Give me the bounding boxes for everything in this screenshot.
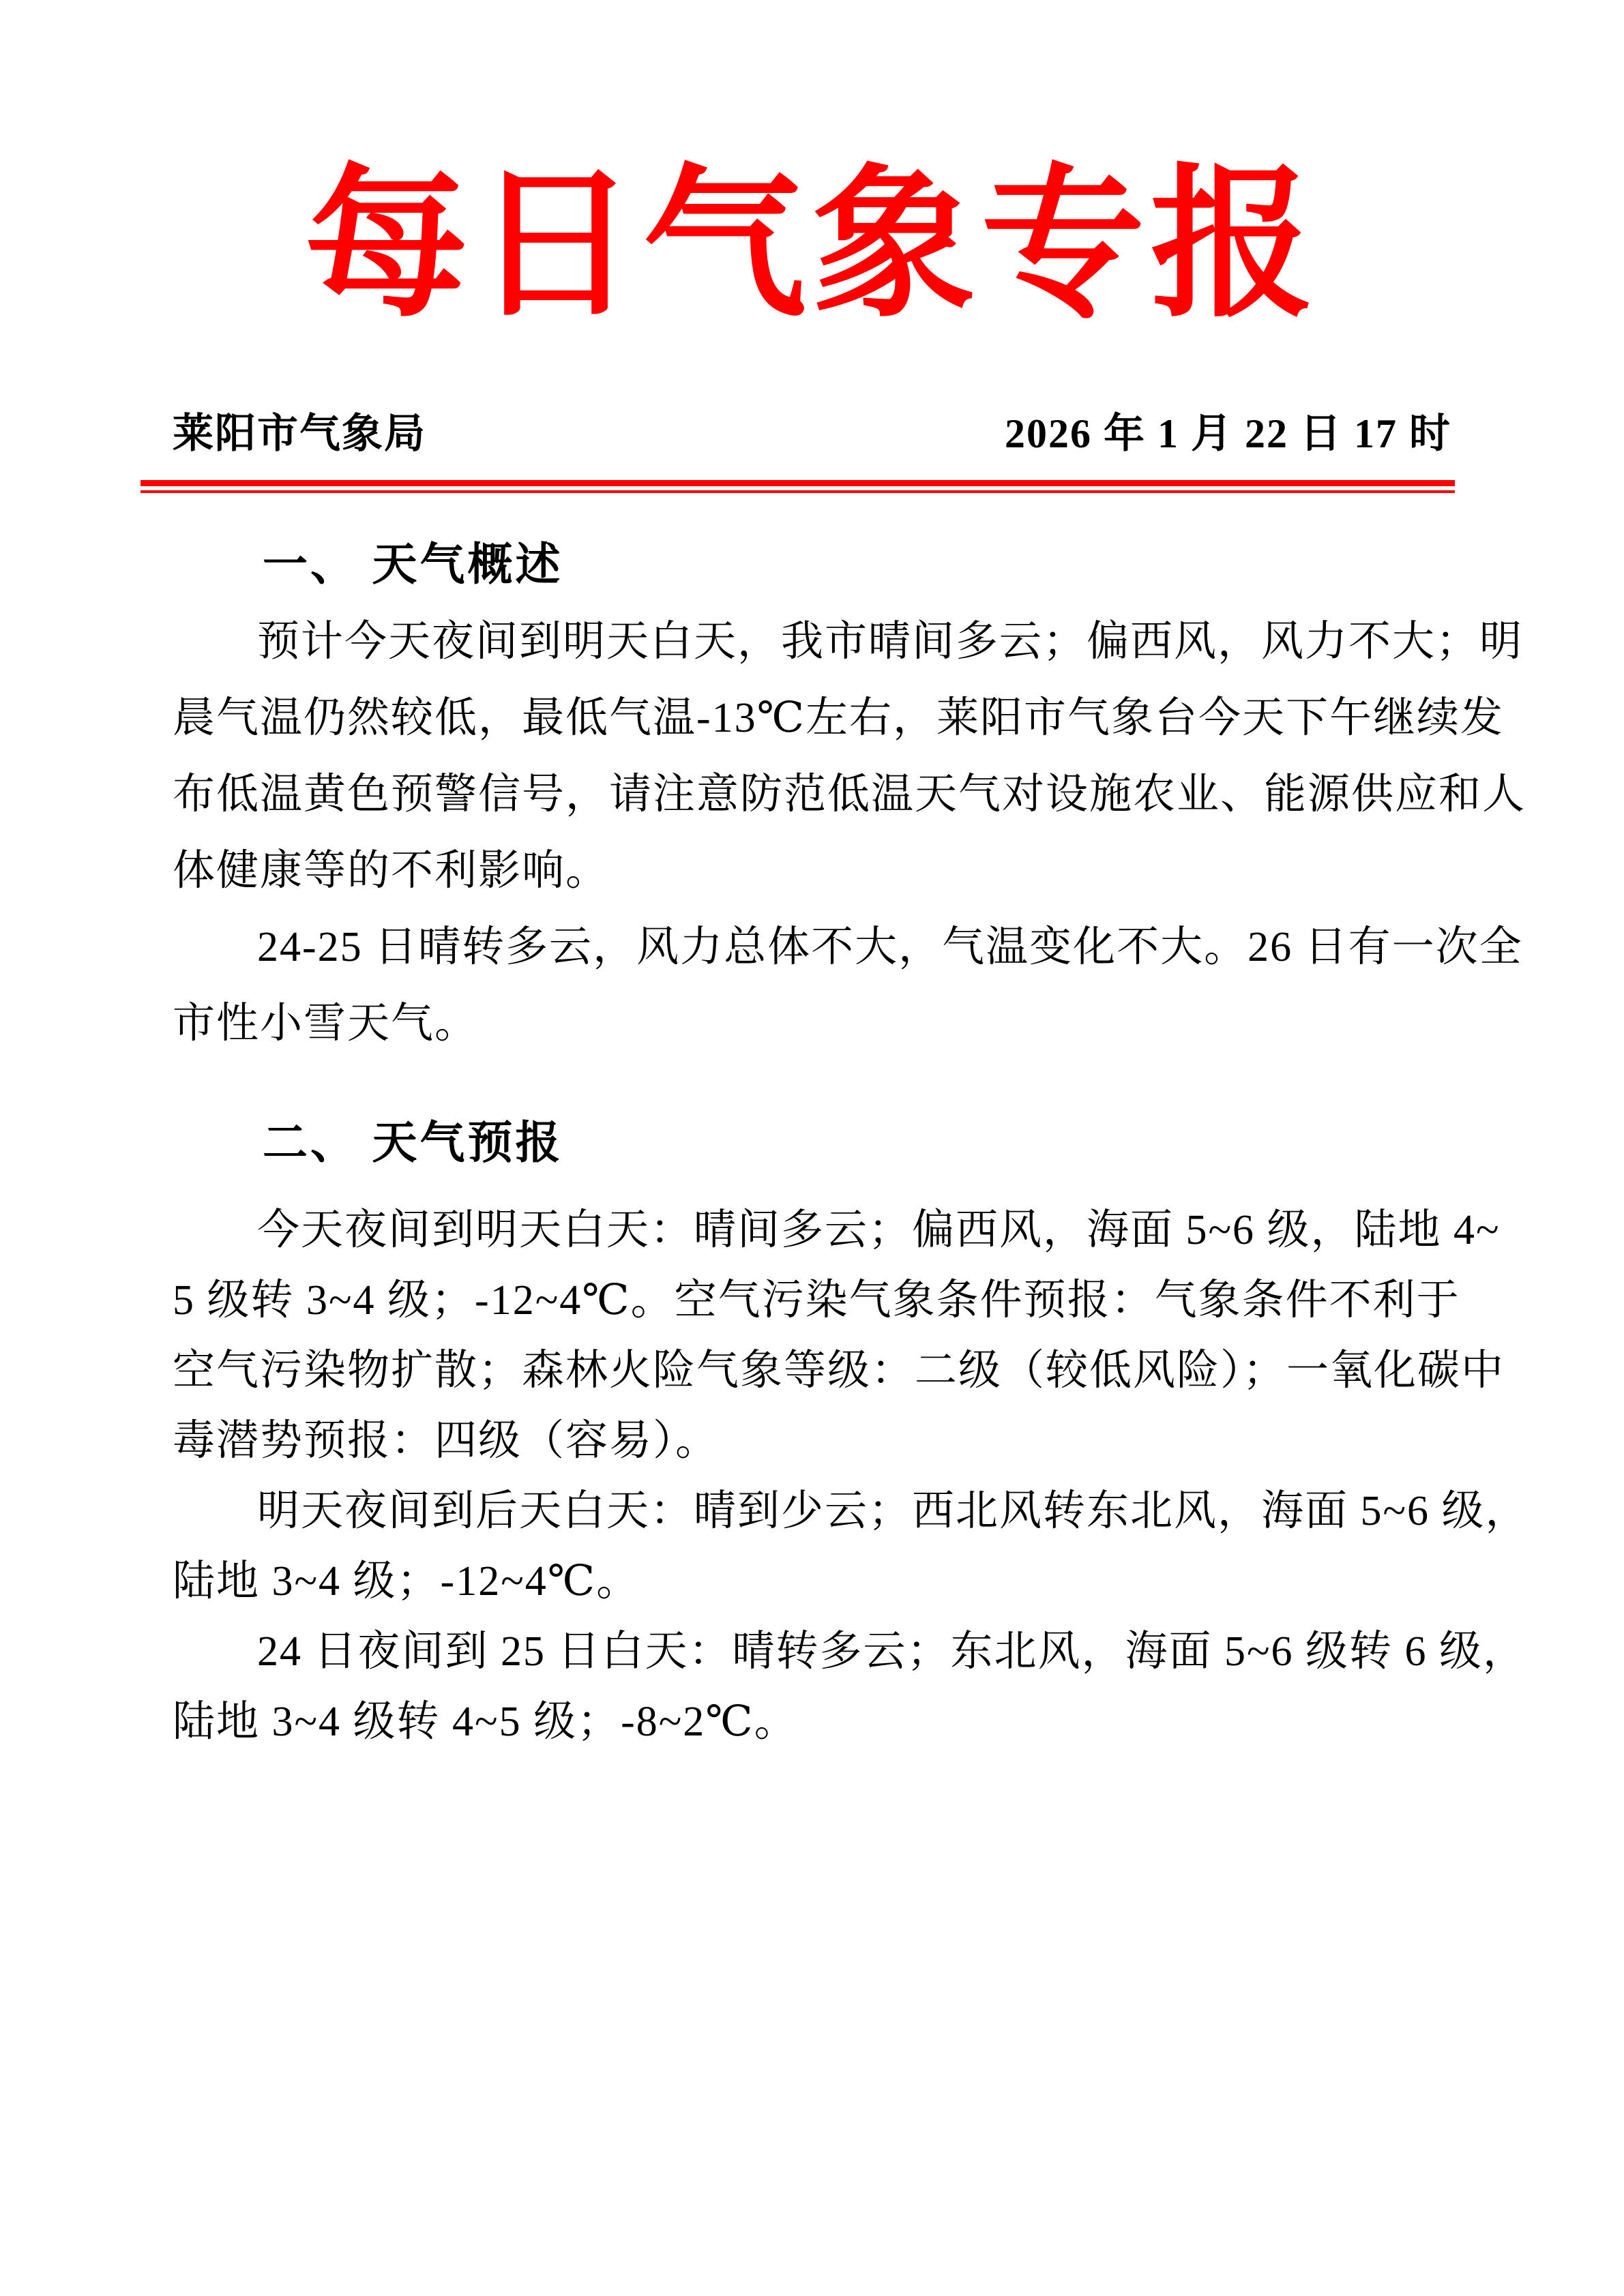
section-weather-forecast: 二、 天气预报 今天夜间到明天白天：晴间多云；偏西风，海面 5~6 级，陆地 4… xyxy=(173,1105,1451,1757)
body-line: 陆地 3~4 级；-12~4℃。 xyxy=(173,1547,1451,1617)
header-divider-rule xyxy=(141,480,1455,493)
issue-datetime: 2026 年 1 月 22 日 17 时 xyxy=(1005,406,1451,461)
header-meta-row: 莱阳市气象局 2026 年 1 月 22 日 17 时 xyxy=(173,406,1451,461)
section-2-heading: 二、 天气预报 xyxy=(173,1105,1451,1182)
body-line: 陆地 3~4 级转 4~5 级；-8~2℃。 xyxy=(173,1687,1451,1757)
body-line: 24 日夜间到 25 日白天：晴转多云；东北风，海面 5~6 级转 6 级， xyxy=(173,1617,1451,1687)
section-weather-overview: 一、 天气概述 预计今天夜间到明天白天，我市晴间多云；偏西风，风力不大；明 晨气… xyxy=(173,527,1451,1062)
document-page: 每日气象专报 莱阳市气象局 2026 年 1 月 22 日 17 时 一、 天气… xyxy=(0,0,1624,2296)
body-line: 晨气温仍然较低，最低气温-13℃左右，莱阳市气象台今天下午继续发 xyxy=(173,680,1451,756)
document-content: 莱阳市气象局 2026 年 1 月 22 日 17 时 一、 天气概述 预计今天… xyxy=(0,406,1624,1757)
body-line: 体健康等的不利影响。 xyxy=(173,833,1451,909)
body-line: 5 级转 3~4 级；-12~4℃。空气污染气象条件预报：气象条件不利于 xyxy=(173,1266,1451,1336)
body-line: 明天夜间到后天白天：晴到少云；西北风转东北风，海面 5~6 级， xyxy=(173,1476,1451,1547)
body-line: 市性小雪天气。 xyxy=(173,985,1451,1062)
issuing-agency: 莱阳市气象局 xyxy=(173,406,426,461)
body-line: 24-25 日晴转多云，风力总体不大，气温变化不大。26 日有一次全 xyxy=(173,909,1451,985)
body-line: 今天夜间到明天白天：晴间多云；偏西风，海面 5~6 级，陆地 4~ xyxy=(173,1195,1451,1266)
body-line: 空气污染物扩散；森林火险气象等级：二级（较低风险）；一氧化碳中 xyxy=(173,1336,1451,1406)
body-line: 预计今天夜间到明天白天，我市晴间多云；偏西风，风力不大；明 xyxy=(173,603,1451,680)
body-line: 布低温黄色预警信号，请注意防范低温天气对设施农业、能源供应和人 xyxy=(173,756,1451,833)
section-1-heading: 一、 天气概述 xyxy=(173,527,1451,603)
document-title: 每日气象专报 xyxy=(0,150,1624,341)
body-line: 毒潜势预报：四级（容易）。 xyxy=(173,1406,1451,1476)
